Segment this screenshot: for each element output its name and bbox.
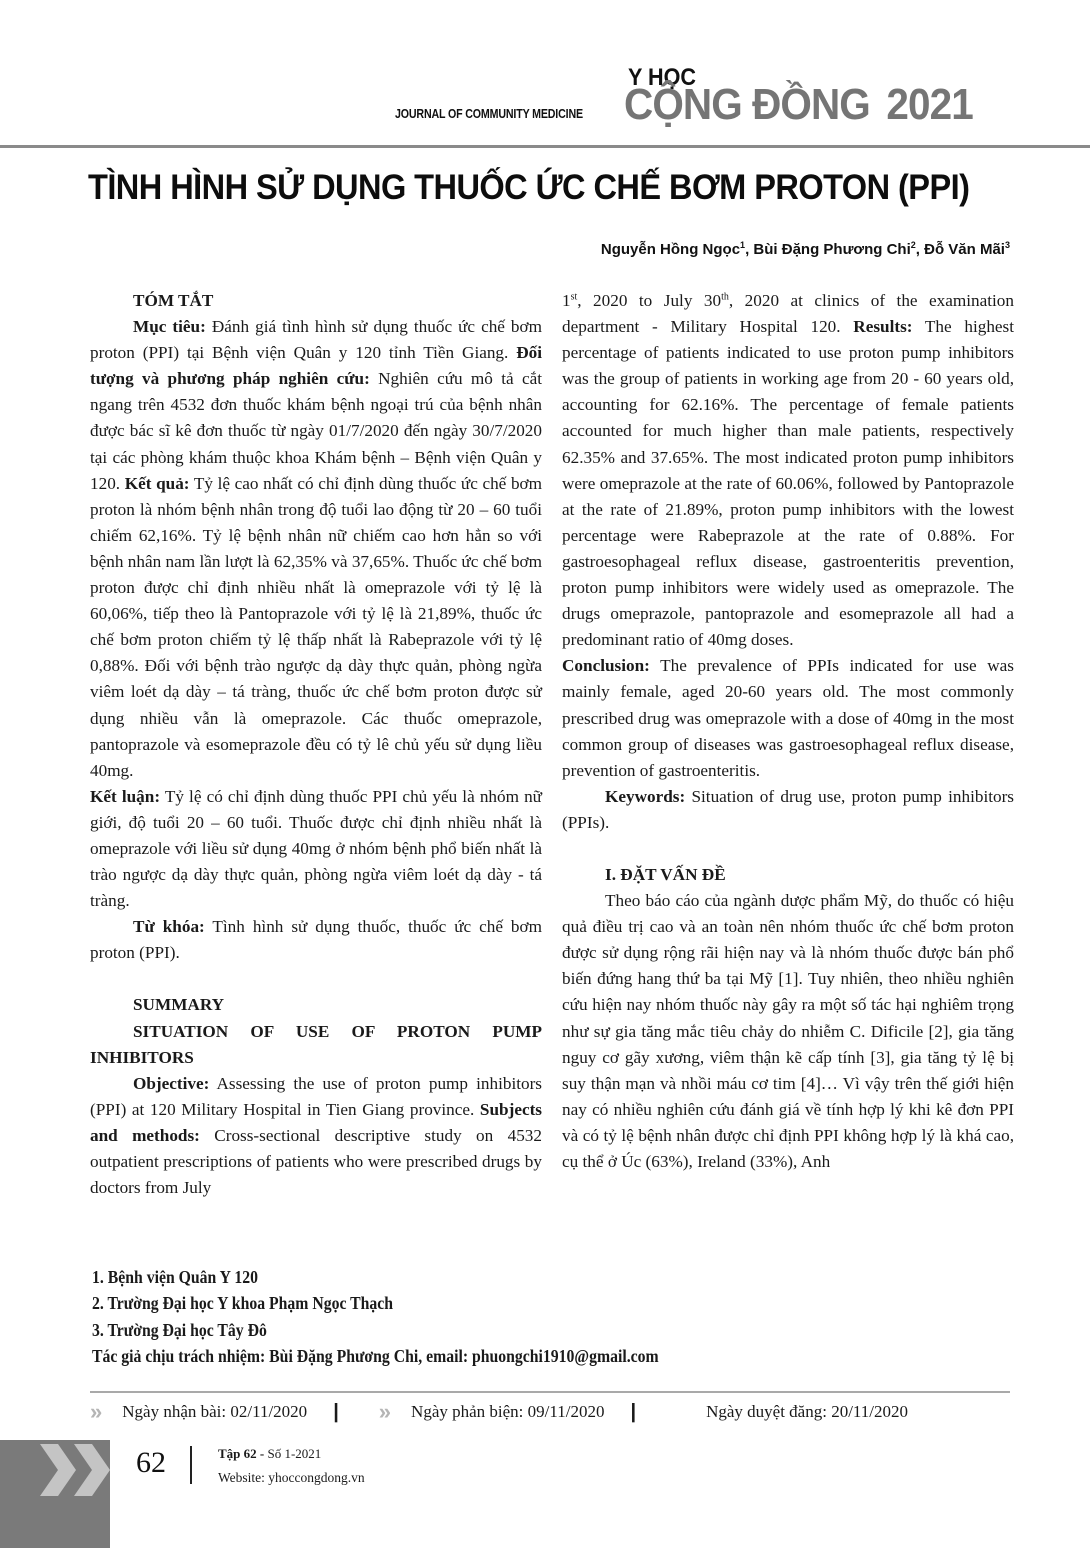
abstract-vi-heading: TÓM TẮT	[90, 288, 542, 314]
abstract-vi-conclusion: Kết luận: Tỷ lệ có chỉ định dùng thuốc P…	[90, 784, 542, 914]
page-number-divider	[190, 1446, 192, 1484]
conclusion-label: Conclusion:	[562, 656, 650, 675]
website-link[interactable]: Website: yhoccongdong.vn	[218, 1470, 365, 1486]
author-name: Nguyễn Hồng Ngọc	[601, 241, 740, 258]
keywords-label: Keywords:	[605, 787, 685, 806]
author-affil-mark: 1	[740, 240, 745, 250]
author-affil-mark: 2	[911, 240, 916, 250]
abstract-en-title: SITUATION OF USE OF PROTON PUMP INHIBITO…	[90, 1019, 542, 1071]
abstract-en-body-cont: 1st, 2020 to July 30th, 2020 at clinics …	[562, 288, 1014, 653]
keywords-label: Từ khóa:	[133, 917, 205, 936]
section-heading-introduction: I. ĐẶT VẤN ĐỀ	[562, 862, 1014, 888]
received-date: Ngày nhận bài: 02/11/2020	[122, 1402, 307, 1422]
abstract-vi-keywords: Từ khóa: Tình hình sử dụng thuốc, thuốc …	[90, 914, 542, 966]
footer-divider	[90, 1391, 1010, 1393]
volume-label: Tập 62 -	[218, 1446, 264, 1461]
author-name: Đỗ Văn Mãi	[924, 241, 1005, 258]
ordinal-sup: th	[721, 291, 729, 302]
abstract-en-body-start: Objective: Assessing the use of proton p…	[90, 1071, 542, 1201]
results-text: Tỷ lệ cao nhất có chỉ định dùng thuốc ức…	[90, 474, 542, 780]
methods-text: , 2020 to July 30	[577, 291, 721, 310]
abstract-en-keywords: Keywords: Situation of drug use, proton …	[562, 784, 1014, 836]
introduction-text: Theo báo cáo của ngành dược phẩm Mỹ, do …	[562, 888, 1014, 1175]
results-text: The highest percentage of patients indic…	[562, 317, 1014, 649]
issue-label: Số 1-2021	[264, 1446, 321, 1461]
separator: |	[333, 1401, 339, 1424]
abstract-en-heading: SUMMARY	[90, 992, 542, 1018]
double-chevron-icon	[26, 1440, 116, 1500]
article-title: TÌNH HÌNH SỬ DỤNG THUỐC ỨC CHẾ BƠM PROTO…	[88, 168, 953, 208]
author-name: Bùi Đặng Phương Chi	[753, 241, 910, 258]
chevron-right-icon: »	[379, 1399, 385, 1425]
affiliation-item: 2. Trường Đại học Y khoa Phạm Ngọc Thạch	[92, 1290, 659, 1316]
results-label: Results:	[853, 317, 912, 336]
affiliations: 1. Bệnh viện Quân Y 120 2. Trường Đại họ…	[92, 1264, 659, 1369]
journal-english-name: JOURNAL OF COMMUNITY MEDICINE	[395, 106, 583, 121]
journal-logo-main: CỘNG ĐỒNG	[624, 80, 870, 129]
left-column: TÓM TẮT Mục tiêu: Đánh giá tình hình sử …	[90, 288, 542, 1201]
affiliation-item: 1. Bệnh viện Quân Y 120	[92, 1264, 659, 1290]
results-label: Kết quả:	[125, 474, 190, 493]
objective-label: Mục tiêu:	[133, 317, 206, 336]
journal-logo: CỘNG ĐỒNG2021	[624, 80, 973, 130]
review-date: Ngày phản biện: 09/11/2020	[411, 1402, 604, 1422]
page-number: 62	[136, 1446, 166, 1480]
header-divider	[0, 145, 1090, 148]
abstract-en-conclusion: Conclusion: The prevalence of PPIs indic…	[562, 653, 1014, 783]
volume-issue: Tập 62 - Số 1-2021	[218, 1446, 321, 1462]
journal-logo-year: 2021	[886, 80, 972, 129]
corresponding-author: Tác giả chịu trách nhiệm: Bùi Đặng Phươn…	[92, 1343, 659, 1369]
author-list: Nguyễn Hồng Ngọc1, Bùi Đặng Phương Chi2,…	[601, 240, 1010, 258]
chevron-right-icon: »	[90, 1399, 96, 1425]
conclusion-label: Kết luận:	[90, 787, 160, 806]
accepted-date: Ngày duyệt đăng: 20/11/2020	[706, 1402, 908, 1422]
objective-label: Objective:	[133, 1074, 209, 1093]
right-column: 1st, 2020 to July 30th, 2020 at clinics …	[562, 288, 1014, 1175]
separator: |	[630, 1401, 636, 1424]
article-dates: » Ngày nhận bài: 02/11/2020 | » Ngày phả…	[90, 1400, 1010, 1424]
methods-text: 1	[562, 291, 571, 310]
affiliation-item: 3. Trường Đại học Tây Đô	[92, 1317, 659, 1343]
author-affil-mark: 3	[1005, 240, 1010, 250]
abstract-vi-body: Mục tiêu: Đánh giá tình hình sử dụng thu…	[90, 314, 542, 784]
